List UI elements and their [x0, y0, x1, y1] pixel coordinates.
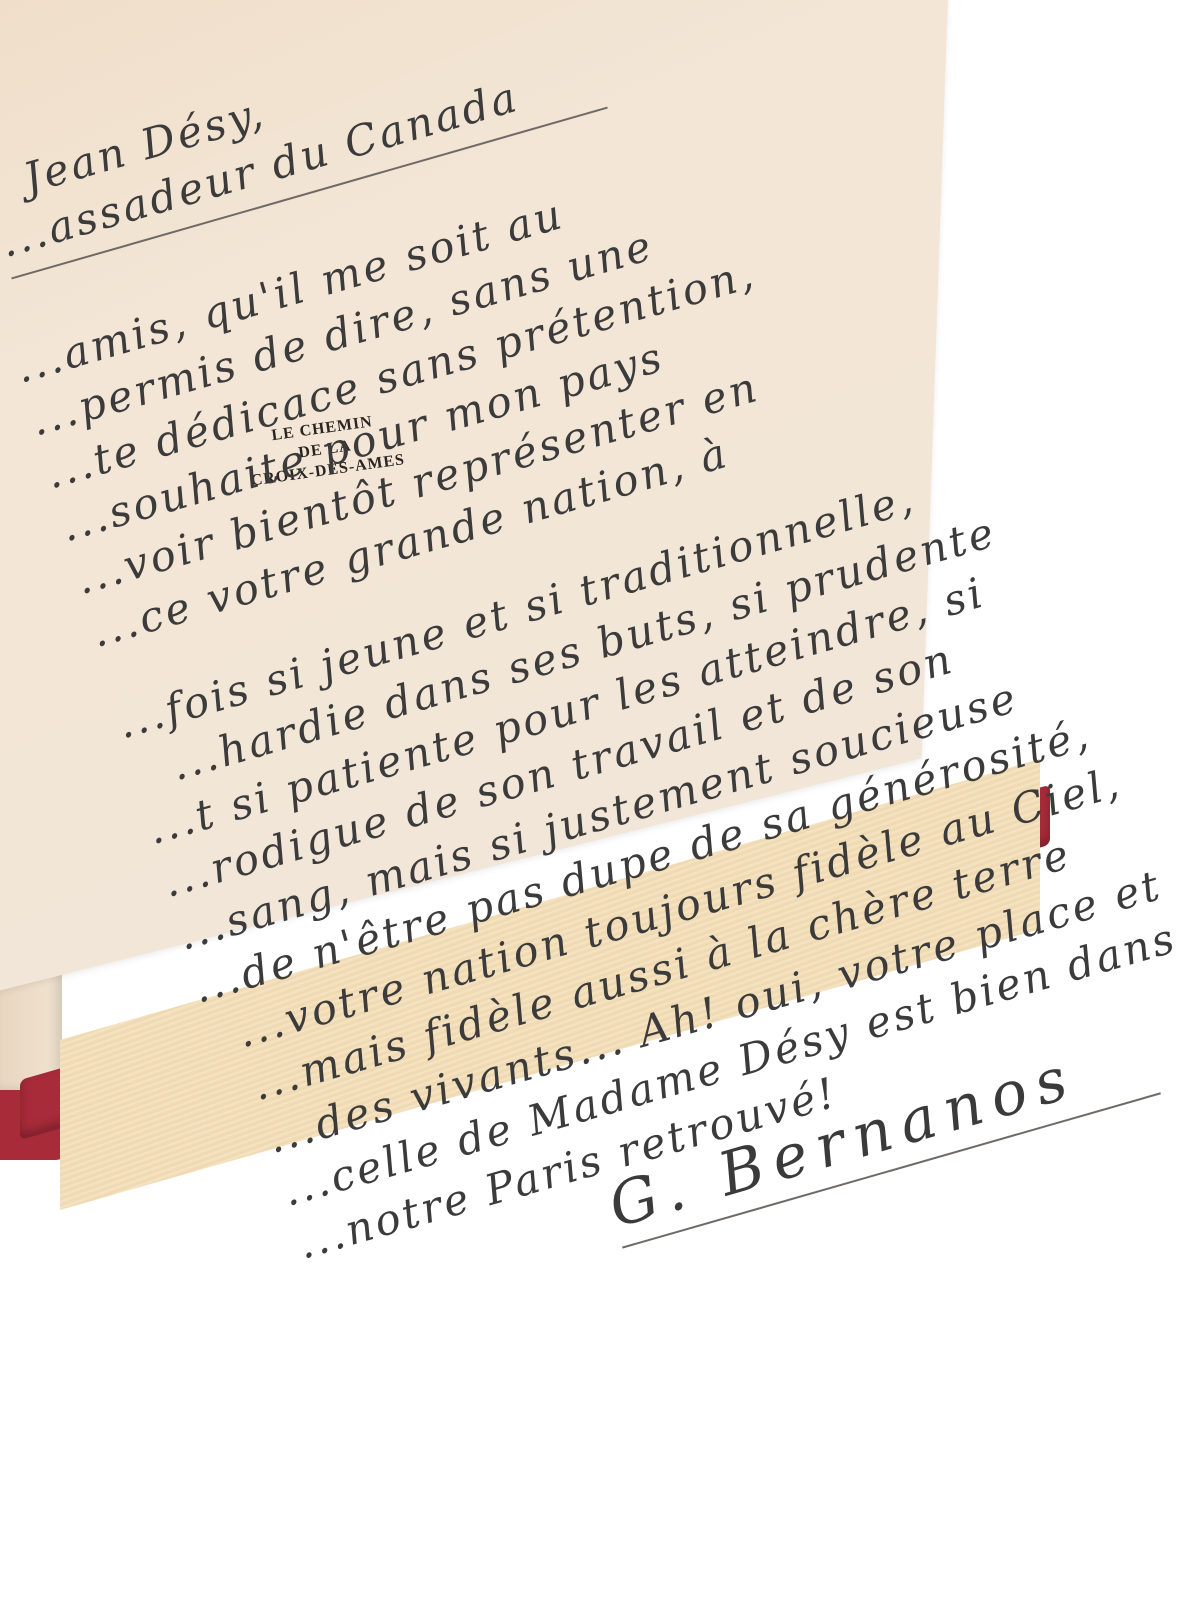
handwritten-dedication: Jean Désy, ...assadeur du Canada ...amis… [0, 0, 1200, 1555]
photo-scene: LE CHEMIN DE LA CROIX-DES-AMES Jean Désy… [0, 0, 1200, 1600]
